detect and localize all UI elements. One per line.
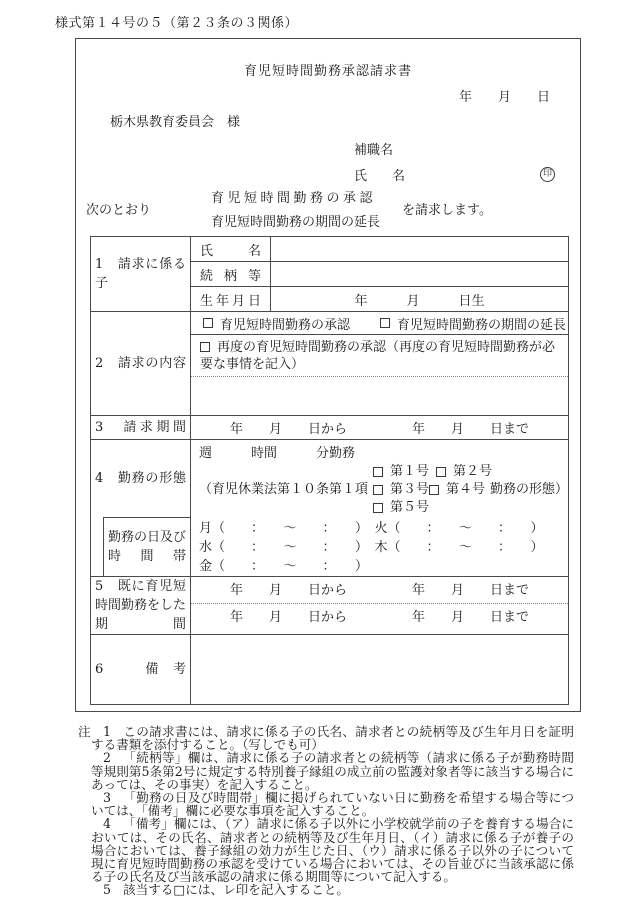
- work-day-line-fri: 金（ ： ～ ： ）: [199, 557, 568, 576]
- table-row-request-content: 2 請求の内容 育児短時間勤務の承認 育児短時間勤務の期間の延長 再度の育児短時…: [91, 312, 569, 416]
- checkbox-no1-label: 第１号: [390, 463, 429, 481]
- remarks-value: [191, 635, 569, 705]
- weekly-hours-line: 週 時間 分勤務: [199, 444, 568, 463]
- prior-period-1: 年 月 日から 年 月 日まで: [191, 577, 568, 604]
- note-number: 5: [103, 882, 111, 897]
- page-title: 育児短時間勤務承認請求書: [76, 60, 580, 79]
- child-name-value: [271, 237, 569, 262]
- row-header-prior-periods: 5 既に育児短時間勤務をした期間: [91, 577, 191, 635]
- name-label: 氏 名: [354, 165, 411, 184]
- work-pattern-options-line1: 第１号 第２号: [199, 463, 568, 481]
- work-days-times-label: 勤務の日及び時間帯: [108, 528, 186, 566]
- row-header-remarks: 6 備考: [91, 635, 191, 705]
- checkbox-extension-label: 育児短時間勤務の期間の延長: [397, 314, 566, 333]
- row-header-child: 1 請求に係る子: [91, 237, 191, 312]
- work-pattern-cell: 週 時間 分勤務 第１号 第２号 （育児休業法第１０条第１項 第３号 第４号 勤…: [191, 440, 569, 577]
- prior-periods-cell: 年 月 日から 年 月 日まで 年 月 日から 年 月 日まで: [191, 577, 569, 635]
- note-item-4: 4「備考」欄には、（ア）請求に係る子以外に小学校就学前の子を養育する場合において…: [91, 817, 574, 883]
- date-line: 年 月 日: [76, 86, 580, 105]
- birthdate-label: 生年月日: [191, 287, 271, 312]
- notes-section: 注 1この請求書には、請求に係る子の氏名、請求者との続柄等及び生年月日を証明する…: [78, 725, 574, 897]
- checkbox-approval-label: 育児短時間勤務の承認: [220, 314, 350, 333]
- prior-period-2: 年 月 日から 年 月 日まで: [191, 604, 568, 631]
- row-header-work-days-times: 勤務の日及び時間帯: [91, 517, 191, 577]
- request-statement: 次のとおり 育児短時間勤務の承認 育児短時間勤務の期間の延長 を請求します。: [86, 187, 580, 230]
- statement-option-approval: 育児短時間勤務の承認: [211, 187, 380, 206]
- form-code-label: 様式第１４号の５（第２３条の３関係）: [55, 12, 298, 31]
- checkbox-no3-label: 第３号: [390, 481, 429, 499]
- checkbox-no2: [436, 467, 446, 477]
- note-item-1: 1この請求書には、請求に係る子の氏名、請求者との続柄等及び生年月日を証明する書類…: [91, 725, 574, 751]
- birthdate-value: 年 月 日生: [271, 287, 569, 312]
- row-header-request-period: 3 請求期間: [91, 416, 191, 440]
- row-header-request-content: 2 請求の内容: [91, 312, 191, 416]
- statement-prefix: 次のとおり: [86, 199, 151, 218]
- notes-head: 注: [78, 725, 91, 738]
- relationship-label: 続柄等: [191, 262, 271, 287]
- job-title-label: 補職名: [354, 139, 580, 158]
- note-item-3: 3「勤務の日及び時間帯」欄に掲げられていない日に勤務を希望する場合等については、…: [91, 791, 574, 817]
- note-text: この請求書には、請求に係る子の氏名、請求者との続柄等及び生年月日を証明する書類を…: [91, 724, 574, 752]
- row-header-work-pattern: 4 勤務の形態: [91, 440, 191, 517]
- work-pattern-options-line2: （育児休業法第１０条第１項 第３号 第４号 勤務の形態）: [199, 481, 568, 499]
- request-content-line1: 育児短時間勤務の承認 育児短時間勤務の期間の延長: [191, 312, 568, 335]
- checkbox-no1: [373, 467, 383, 477]
- checkbox-re-approval: [200, 342, 210, 352]
- checkbox-no3: [373, 485, 383, 495]
- relationship-value: [271, 262, 569, 287]
- request-content-cell: 育児短時間勤務の承認 育児短時間勤務の期間の延長 再度の育児短時間勤務の承認（再…: [191, 312, 569, 416]
- note-text: 「続柄等」欄は、請求に係る子の請求者との続柄等（請求に係る子が勤務時間等規則第5…: [91, 750, 574, 791]
- statement-option-extension: 育児短時間勤務の期間の延長: [211, 211, 380, 230]
- checkbox-no2-label: 第２号: [453, 463, 492, 481]
- note-item-2: 2「続柄等」欄は、請求に係る子の請求者との続柄等（請求に係る子が勤務時間等規則第…: [91, 751, 574, 791]
- request-content-line2: 再度の育児短時間勤務の承認（再度の育児短時間勤務が必要な事情を記入）: [191, 335, 568, 377]
- note-text: 該当する□には、レ印を記入すること。: [123, 882, 349, 897]
- table-row-remarks: 6 備考: [91, 635, 569, 705]
- statement-suffix: を請求します。: [402, 199, 492, 218]
- child-name-label: 氏名: [191, 237, 271, 262]
- checkbox-no5: [373, 503, 383, 513]
- checkbox-re-approval-label: 再度の育児短時間勤務の承認（再度の育児短時間勤務が必要な事情を記入）: [200, 340, 555, 372]
- checkbox-no5-label: 第５号: [390, 499, 429, 517]
- statement-options: 育児短時間勤務の承認 育児短時間勤務の期間の延長: [211, 187, 380, 230]
- request-content-blank-area: [191, 377, 568, 415]
- table-row-work-pattern: 4 勤務の形態 週 時間 分勤務 第１号 第２号 （育児休業法第１０条第１項 第…: [91, 440, 569, 517]
- checkbox-no4-label: 第４号: [446, 481, 485, 499]
- table-row-child: 1 請求に係る子 氏名: [91, 237, 569, 262]
- seal-stamp-icon: 印: [540, 167, 555, 182]
- checkbox-no4: [429, 485, 439, 495]
- request-period-value: 年 月 日から 年 月 日まで: [191, 416, 569, 440]
- name-line: 氏 名 印: [354, 165, 580, 184]
- note-item-5: 5該当する□には、レ印を記入すること。: [91, 883, 574, 896]
- form-border-box: 育児短時間勤務承認請求書 年 月 日 栃木県教育委員会 様 補職名 氏 名 印 …: [75, 38, 581, 712]
- table-row-request-period: 3 請求期間 年 月 日から 年 月 日まで: [91, 416, 569, 440]
- recipient-line: 栃木県教育委員会 様: [110, 111, 580, 130]
- form-page: { "page": { "form_code": "様式第１４号の５（第２３条の…: [0, 0, 630, 915]
- law-reference-prefix: （育児休業法第１０条第１項: [199, 481, 373, 499]
- law-reference-suffix: 勤務の形態）: [490, 481, 568, 499]
- work-days-times: 月（ ： ～ ： ） 火（ ： ～ ： ） 水（ ： ～ ： ） 木（ ： ～ …: [199, 519, 568, 576]
- checkbox-extension: [380, 318, 390, 328]
- table-row-prior-periods: 5 既に育児短時間勤務をした期間 年 月 日から 年 月 日まで 年 月 日から…: [91, 577, 569, 635]
- checkbox-approval: [203, 318, 213, 328]
- work-day-line-mon-tue: 月（ ： ～ ： ） 火（ ： ～ ： ）: [199, 519, 568, 538]
- work-pattern-options-line3: 第５号: [199, 499, 568, 517]
- work-day-line-wed-thu: 水（ ： ～ ： ） 木（ ： ～ ： ）: [199, 538, 568, 557]
- request-form-table: 1 請求に係る子 氏名 続柄等 生年月日 年 月 日生 2 請求の内容 育児短時…: [90, 236, 569, 705]
- applicant-block: 補職名 氏 名 印: [354, 139, 580, 184]
- note-text: 「備考」欄には、（ア）請求に係る子以外に小学校就学前の子を養育する場合においては…: [91, 816, 574, 884]
- note-text: 「勤務の日及び時間帯」欄に掲げられていない日に勤務を希望する場合等については、「…: [91, 790, 574, 818]
